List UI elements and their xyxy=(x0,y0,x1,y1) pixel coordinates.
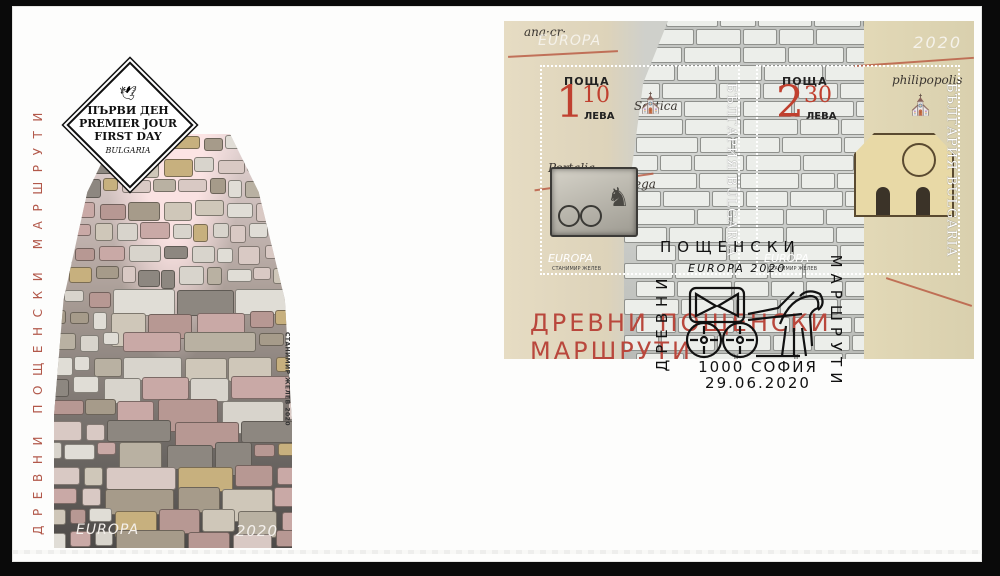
cachet-artist-credit-text: СТАНИМИР ЖЕЛЕВ 2020 xyxy=(284,332,291,426)
cobblestone xyxy=(254,444,276,457)
cachet-year: 2020 xyxy=(236,522,278,540)
church-icon: ⛪ xyxy=(638,91,663,115)
cobblestone xyxy=(291,288,292,306)
cobblestone xyxy=(251,138,271,151)
mail-coach-icon xyxy=(682,284,832,362)
cobblestone xyxy=(65,202,95,218)
cobblestone xyxy=(54,310,66,324)
cobblestone xyxy=(64,290,84,303)
cobblestone xyxy=(69,267,92,284)
cobblestone xyxy=(164,202,192,221)
cobblestone xyxy=(94,358,122,378)
cobblestone xyxy=(70,312,90,324)
cobblestone xyxy=(218,160,245,174)
cobblestone xyxy=(99,246,126,260)
cobblestone xyxy=(119,442,162,470)
cobblestone xyxy=(227,269,252,282)
map-route-line xyxy=(508,50,618,58)
cobblestone xyxy=(277,467,292,485)
cobblestone xyxy=(287,247,292,267)
cobblestone xyxy=(54,533,66,548)
road-stone xyxy=(788,47,844,63)
cobblestone xyxy=(164,246,188,259)
postmark-top-text: ПОЩЕНСКИ xyxy=(660,238,801,256)
cobblestone xyxy=(54,357,73,376)
cobblestone xyxy=(54,289,63,302)
first-day-line-en: FIRST DAY xyxy=(69,130,187,143)
cobblestone xyxy=(228,180,242,198)
cobblestone xyxy=(278,178,292,197)
road-stone xyxy=(696,29,741,45)
road-stone xyxy=(624,47,682,63)
cobblestone xyxy=(204,138,223,151)
cobblestone xyxy=(128,202,159,221)
cobblestone xyxy=(54,467,80,485)
stamp-value-main: 2 xyxy=(776,81,804,125)
cobblestone xyxy=(138,270,160,287)
road-stone xyxy=(743,47,786,63)
cobblestone xyxy=(179,266,203,285)
cobblestone xyxy=(278,443,292,456)
cobblestone xyxy=(184,332,256,352)
map-route-line xyxy=(886,277,972,307)
road-stone xyxy=(624,21,664,27)
cobblestone xyxy=(161,270,175,289)
cobblestone xyxy=(54,400,84,415)
cobblestone xyxy=(235,465,273,487)
cobblestone xyxy=(247,156,272,172)
stamp-country-text: БЪЛГАРИЯ BULGARIA xyxy=(944,83,959,257)
cobblestone xyxy=(140,222,170,239)
cobblestone xyxy=(265,245,285,259)
cobblestone xyxy=(54,442,62,459)
cobblestone xyxy=(64,444,94,460)
stamp-europa-label: EUROPA xyxy=(548,252,593,265)
cobblestone xyxy=(54,379,69,397)
stamp-value-cents: 10 xyxy=(582,85,610,107)
road-stone xyxy=(666,21,719,27)
stamp-value-main: 1 xyxy=(556,81,584,125)
building-door xyxy=(876,187,890,215)
cobblestone xyxy=(225,135,249,150)
cobblestone xyxy=(213,223,229,238)
road-stone xyxy=(758,21,812,27)
cobblestone xyxy=(195,200,224,216)
cobblestone xyxy=(282,512,292,532)
cobblestone xyxy=(54,509,66,525)
sheet-year: 2020 xyxy=(913,33,962,52)
wheel-icon xyxy=(558,205,580,227)
dove-icon: 🕊 xyxy=(119,86,137,102)
stamp-value-cents: 30 xyxy=(804,85,832,107)
road-stone xyxy=(845,281,900,297)
cobblestone xyxy=(192,246,215,262)
cobblestone xyxy=(89,292,111,308)
stamp-currency: ЛЕВА xyxy=(584,111,615,122)
mail-coach-relief: ♞ xyxy=(550,167,638,237)
cobblestone xyxy=(227,203,253,218)
cobblestone xyxy=(281,203,292,223)
road-stone xyxy=(684,47,741,63)
stamp-artist: СТАНИМИР ЖЕЛЕВ xyxy=(552,266,601,272)
cobblestone-road xyxy=(54,134,292,548)
cobblestone xyxy=(250,311,274,328)
cobblestone xyxy=(207,267,222,284)
road-stone xyxy=(863,21,924,27)
cobblestone xyxy=(54,158,67,172)
road-stone xyxy=(846,47,892,63)
cobblestone xyxy=(217,248,234,263)
cobblestone xyxy=(238,246,260,265)
cobblestone xyxy=(193,224,208,242)
wheel-icon xyxy=(580,205,602,227)
cobblestone xyxy=(106,467,175,490)
envelope: ДРЕВНИ ПОЩЕНСКИ МАРШРУТИ EUROPA 2020 СТА… xyxy=(12,6,982,562)
cobblestone xyxy=(113,289,175,316)
road-stone xyxy=(743,29,777,45)
cover-vertical-title: ДРЕВНИ ПОЩЕНСКИ МАРШРУТИ xyxy=(26,84,50,554)
road-stone xyxy=(636,29,694,45)
cobblestone xyxy=(85,399,115,415)
cobblestone xyxy=(95,223,113,241)
cobblestone xyxy=(54,333,76,350)
cobblestone xyxy=(122,266,136,283)
cobblestone xyxy=(86,424,105,441)
cobblestone xyxy=(245,181,276,199)
first-day-text: ПЪРВИ ДЕН PREMIER JOUR FIRST DAY BULGARI… xyxy=(69,104,187,157)
cobblestone xyxy=(103,332,119,345)
cobblestone xyxy=(275,158,292,175)
cobblestone xyxy=(82,488,101,506)
cobblestone xyxy=(54,248,72,265)
cobblestone xyxy=(142,377,188,401)
road-stone xyxy=(720,21,755,27)
cobblestone xyxy=(271,226,289,243)
cobblestone xyxy=(202,509,235,532)
first-day-line-bg: ПЪРВИ ДЕН xyxy=(69,104,187,117)
road-stone xyxy=(816,29,876,45)
cobblestone xyxy=(129,245,160,262)
cobblestone xyxy=(273,268,292,284)
cachet-artist-credit: СТАНИМИР ЖЕЛЕВ 2020 xyxy=(280,324,294,434)
first-day-line-fr: PREMIER JOUR xyxy=(69,117,187,130)
cobblestone xyxy=(96,266,119,279)
cobblestone xyxy=(177,290,234,316)
cobblestone xyxy=(123,332,181,352)
building-dome xyxy=(902,143,936,177)
cobblestone xyxy=(194,157,214,172)
cobblestone xyxy=(276,530,292,547)
cobblestone xyxy=(54,488,77,503)
horse-icon: ♞ xyxy=(607,183,630,213)
cobblestone xyxy=(80,335,98,353)
first-day-country: BULGARIA xyxy=(69,144,187,157)
sheet-europa-label: EUROPA xyxy=(538,33,601,49)
cobblestone xyxy=(54,421,82,441)
road-stone xyxy=(814,21,861,27)
postmark-date: 29.06.2020 xyxy=(660,374,856,392)
postmark-cancellation: ПОЩЕНСКИ ДРЕВНИ МАРШРУТИ EUROPA 2020 100… xyxy=(652,226,852,396)
cobblestone xyxy=(253,267,271,280)
cobblestone xyxy=(107,420,171,442)
cobblestone xyxy=(173,224,192,239)
roadside-station-building xyxy=(854,133,954,217)
postmark-left-text: ДРЕВНИ xyxy=(653,272,671,371)
cobblestone xyxy=(274,487,292,507)
cachet-illustration: EUROPA 2020 xyxy=(54,134,292,548)
cobblestone xyxy=(256,203,278,222)
cobblestone xyxy=(188,532,230,548)
cobblestone xyxy=(249,223,268,238)
church-icon: ⛪ xyxy=(908,93,933,117)
cobblestone xyxy=(54,268,67,281)
cobblestone xyxy=(68,224,91,236)
cobblestone xyxy=(84,467,103,486)
cobblestone xyxy=(117,223,138,242)
cobblestone xyxy=(54,202,62,219)
cobblestone xyxy=(276,136,292,150)
cover-vertical-title-text: ДРЕВНИ ПОЩЕНСКИ МАРШРУТИ xyxy=(31,103,45,535)
first-day-cancel: 🕊 ПЪРВИ ДЕН PREMIER JOUR FIRST DAY BULGA… xyxy=(69,64,187,182)
cachet-europa-label: EUROPA xyxy=(76,522,139,538)
cobblestone xyxy=(74,356,90,371)
cobblestone xyxy=(89,508,112,522)
postmark-europa: EUROPA 2020 xyxy=(688,262,786,275)
cobblestone xyxy=(54,223,63,239)
stamp-currency: ЛЕВА xyxy=(806,111,837,122)
cobblestone xyxy=(190,378,229,402)
building-door xyxy=(916,187,930,215)
cobblestone xyxy=(93,312,107,330)
cobblestone xyxy=(97,442,116,455)
road-stone xyxy=(779,29,814,45)
cobblestone xyxy=(75,248,95,261)
cobblestone xyxy=(210,178,226,193)
cobblestone xyxy=(230,225,246,243)
cobblestone xyxy=(73,376,99,393)
cobblestone xyxy=(100,204,126,220)
stamp-country: БЪЛГАРИЯ BULGARIA xyxy=(942,67,960,273)
